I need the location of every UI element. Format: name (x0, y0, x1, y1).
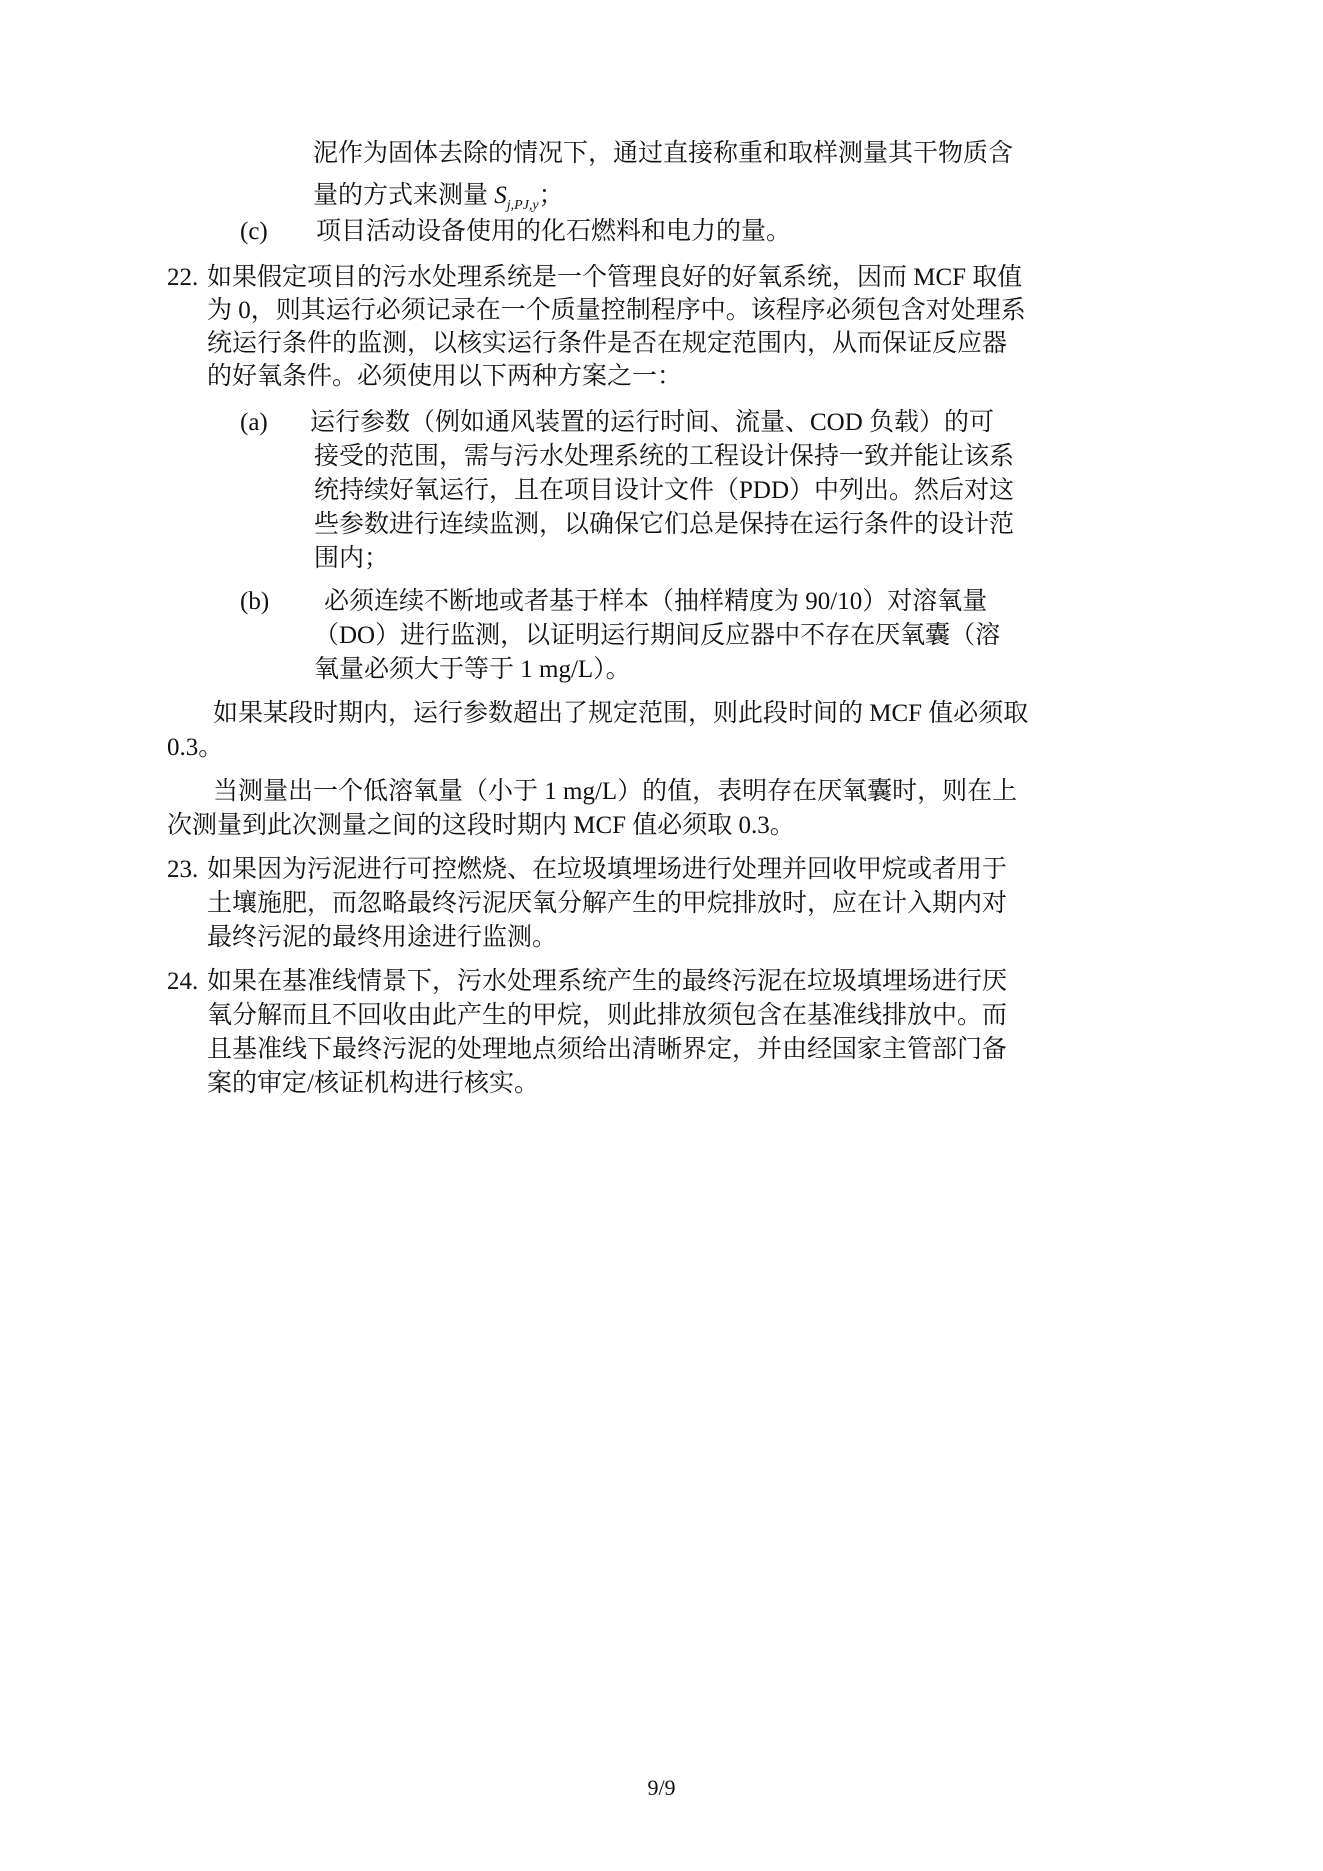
text-line: 土壤施肥，而忽略最终污泥厌氧分解产生的甲烷排放时，应在计入期内对 (207, 884, 1007, 918)
formula-base: S (494, 182, 507, 209)
item-body: 如果假定项目的污水处理系统是一个管理良好的好氧系统，因而 MCF 取值 为 0，… (207, 258, 1026, 390)
formula-symbol: Sj,PJ,y (494, 182, 538, 209)
text-line: 0.3。 (167, 728, 1147, 762)
text-line: 必须连续不断地或者基于样本（抽样精度为 90/10）对溶氧量 (314, 582, 1000, 616)
text-line: 如果假定项目的污水处理系统是一个管理良好的好氧系统，因而 MCF 取值 (207, 258, 1026, 291)
sub-label: (a) (240, 403, 268, 443)
formula-subscript: j,PJ,y (507, 198, 539, 213)
paragraph-low-do: 当测量出一个低溶氧量（小于 1 mg/L）的值，表明存在厌氧囊时，则在上 次测量… (167, 772, 1147, 840)
item-body: 如果因为污泥进行可控燃烧、在垃圾填埋场进行处理并回收甲烷或者用于 土壤施肥，而忽… (207, 850, 1007, 952)
continuation-paragraph: 泥作为固体去除的情况下，通过直接称重和取样测量其干物质含 量的方式来测量 Sj,… (313, 134, 1013, 216)
text-line: 氧分解而且不回收由此产生的甲烷，则此排放须包含在基准线排放中。而 (207, 996, 1007, 1030)
text-line: 次测量到此次测量之间的这段时期内 MCF 值必须取 0.3。 (167, 806, 1147, 840)
text-line: 如果在基准线情景下，污水处理系统产生的最终污泥在垃圾填埋场进行厌 (207, 962, 1007, 996)
sub-body: 必须连续不断地或者基于样本（抽样精度为 90/10）对溶氧量 （DO）进行监测，… (314, 582, 1000, 684)
sub-label: (b) (240, 582, 269, 622)
text-fragment: 量的方式来测量 (313, 182, 494, 209)
text-line: 最终污泥的最终用途进行监测。 (207, 918, 1007, 952)
text-line: 量的方式来测量 Sj,PJ,y； (313, 176, 1013, 216)
text-line: 泥作为固体去除的情况下，通过直接称重和取样测量其干物质含 (313, 134, 1013, 174)
text-line: 为 0，则其运行必须记录在一个质量控制程序中。该程序必须包含对处理系 (207, 291, 1026, 324)
text-line: 案的审定/核证机构进行核实。 (207, 1064, 1007, 1098)
text-line: 且基准线下最终污泥的处理地点须给出清晰界定，并由经国家主管部门备 (207, 1030, 1007, 1064)
text-line: 氧量必须大于等于 1 mg/L）。 (314, 650, 1000, 684)
text-line: （DO）进行监测，以证明运行期间反应器中不存在厌氧囊（溶 (314, 616, 1000, 650)
sub-body: 运行参数（例如通风装置的运行时间、流量、COD 负载）的可 接受的范围，需与污水… (310, 403, 1014, 573)
text-line: 运行参数（例如通风装置的运行时间、流量、COD 负载）的可 (310, 403, 1014, 437)
text-line: 如果因为污泥进行可控燃烧、在垃圾填埋场进行处理并回收甲烷或者用于 (207, 850, 1007, 884)
document-page: 泥作为固体去除的情况下，通过直接称重和取样测量其干物质含 量的方式来测量 Sj,… (0, 0, 1323, 1871)
text-line: 的好氧条件。必须使用以下两种方案之一： (207, 357, 1026, 390)
item-number: 23. (167, 850, 198, 890)
text-fragment: ； (539, 182, 564, 209)
text-line: 些参数进行连续监测，以确保它们总是保持在运行条件的设计范 (310, 505, 1014, 539)
item-number: 22. (167, 258, 198, 298)
list-label: (c) (240, 212, 268, 252)
text-line: 当测量出一个低溶氧量（小于 1 mg/L）的值，表明存在厌氧囊时，则在上 (167, 772, 1147, 806)
list-text: 项目活动设备使用的化石燃料和电力的量。 (316, 212, 791, 252)
text-line: 统持续好氧运行，且在项目设计文件（PDD）中列出。然后对这 (310, 471, 1014, 505)
text-line: 围内； (310, 539, 1014, 573)
item-number: 24. (167, 962, 198, 1002)
item-body: 如果在基准线情景下，污水处理系统产生的最终污泥在垃圾填埋场进行厌 氧分解而且不回… (207, 962, 1007, 1098)
text-line: 统运行条件的监测，以核实运行条件是否在规定范围内，从而保证反应器 (207, 324, 1026, 357)
paragraph-mcf-range: 如果某段时期内，运行参数超出了规定范围，则此段时间的 MCF 值必须取 0.3。 (167, 694, 1147, 762)
text-line: 接受的范围，需与污水处理系统的工程设计保持一致并能让该系 (310, 437, 1014, 471)
text-line: 如果某段时期内，运行参数超出了规定范围，则此段时间的 MCF 值必须取 (167, 694, 1147, 728)
page-number: 9/9 (0, 1768, 1323, 1808)
